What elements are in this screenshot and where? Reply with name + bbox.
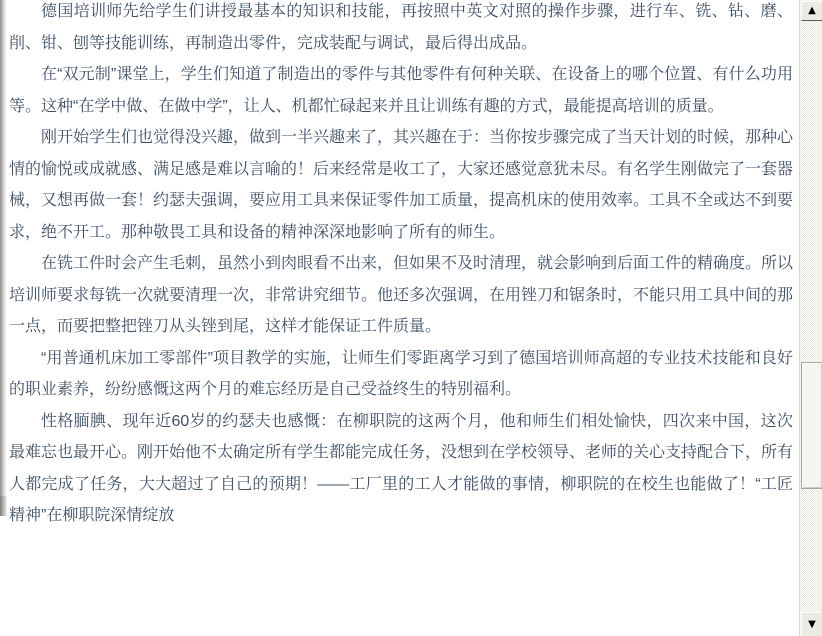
paragraph: 在“双元制”课堂上，学生们知道了制造出的零件与其他零件有何种关联、在设备上的哪个… <box>9 59 793 122</box>
vertical-scrollbar[interactable]: ▲ ▼ <box>799 0 822 636</box>
scroll-up-button[interactable]: ▲ <box>801 1 822 21</box>
scrollbar-thumb[interactable] <box>801 362 822 489</box>
paragraph: 性格腼腆、现年近60岁的约瑟夫也感慨：在柳职院的这两个月，他和师生们相处愉快，四… <box>9 406 793 532</box>
paragraph: “用普通机床加工零部件”项目教学的实施，让师生们零距离学习到了德国培训师高超的专… <box>9 343 793 406</box>
paragraph: 在铣工件时会产生毛刺，虽然小到肉眼看不出来，但如果不及时清理，就会影响到后面工件… <box>9 248 793 343</box>
paragraph: 刚开始学生们也觉得没兴趣，做到一半兴趣来了，其兴趣在于：当你按步骤完成了当天计划… <box>9 122 793 248</box>
paragraph: 德国培训师先给学生们讲授最基本的知识和技能，再按照中英文对照的操作步骤，进行车、… <box>9 0 793 59</box>
scroll-down-button[interactable]: ▼ <box>801 612 822 636</box>
page-edge-shadow <box>0 0 7 516</box>
up-arrow-icon: ▲ <box>808 6 816 16</box>
text-content: 德国培训师先给学生们讲授最基本的知识和技能，再按照中英文对照的操作步骤，进行车、… <box>9 0 793 532</box>
down-arrow-icon: ▼ <box>808 620 816 630</box>
